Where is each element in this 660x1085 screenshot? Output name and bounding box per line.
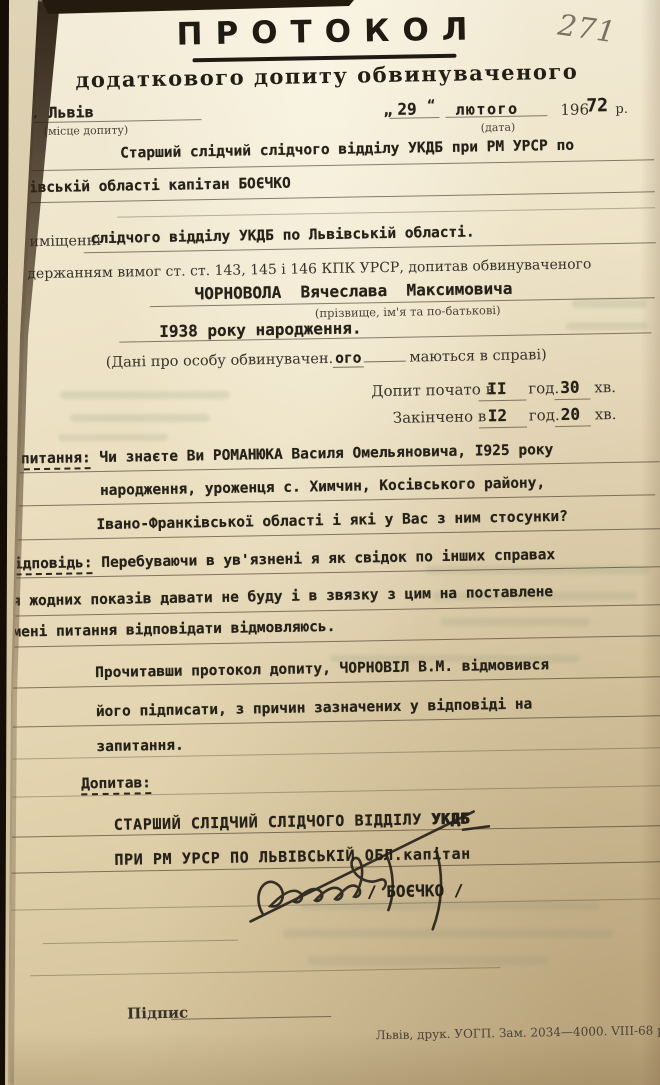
question-line: Чи знаєте Ви РОМАНЮКА Василя Омельянович… [99, 442, 553, 466]
signature-tail [431, 850, 442, 929]
question-line: Івано-Франківської області і які у Вас з… [96, 509, 568, 533]
date-day-rule [390, 117, 440, 119]
time-rule [478, 400, 526, 402]
premises-typed: слідчого відділу УКДБ по Львівській обла… [90, 224, 474, 247]
closing-line: Прочитавши протокол допиту, ЧОРНОВІЛ В.М… [95, 657, 549, 681]
text-rule [43, 940, 238, 944]
signature-ascender [386, 855, 393, 910]
time-start-min: 30 [560, 378, 580, 397]
date-close-quote: “ [427, 98, 435, 113]
answer-line: мені питання відповідати відмовляюсь. [12, 619, 335, 641]
persona-note-post: маються в справі) [405, 347, 547, 365]
date-year-printed: 196 [560, 100, 589, 118]
closing-line: його підписати, з причин зазначених у ві… [96, 697, 533, 721]
scanned-protocol-page: 271 ПРОТОКОЛ додаткового допиту обвинува… [0, 0, 660, 1085]
time-start-label: Допит почато в [371, 380, 494, 400]
persona-note-typed: ого [333, 350, 363, 368]
form-rule [12, 159, 654, 171]
time-start-hour: II [487, 379, 507, 398]
min-unit-1: хв. [594, 378, 616, 396]
hour-unit-2: год. [529, 406, 560, 425]
time-rule [554, 398, 590, 400]
place-caption: (місце допиту) [44, 123, 129, 137]
persona-note: (Дані про особу обвинувачен. ого маються… [106, 347, 547, 372]
time-rule [479, 427, 527, 429]
interrogator-label: Допитав: [81, 775, 151, 795]
time-end-min: 20 [561, 405, 581, 424]
time-end-hour: I2 [488, 406, 508, 425]
answer-line: Перебуваючи в ув'язнені я як свідок по і… [101, 547, 555, 571]
handwritten-signature [230, 794, 572, 940]
signature-field-label: Підпис [127, 1004, 188, 1023]
hour-unit-1: год. [528, 379, 559, 398]
date-day: 29 [397, 99, 417, 118]
investigator-line1: Старший слідчий слідчого відділу УКДБ пр… [120, 138, 574, 162]
text-rule [0, 494, 655, 506]
question-line: народження, уроженця с. Химчин, Косівськ… [100, 475, 545, 499]
date-suffix: р. [615, 102, 628, 117]
date-caption: (дата) [481, 121, 516, 135]
document-title: ПРОТОКОЛ [0, 8, 652, 56]
date-year-typed: 72 [586, 95, 608, 116]
time-rule [555, 425, 591, 427]
persona-note-blank [363, 361, 405, 363]
closing-line: запитання. [96, 738, 184, 756]
time-end-label: Закінчено в [393, 407, 487, 427]
text-rule [2, 566, 660, 579]
imprint: Львів, друк. УОГП. Зам. 2034—4000. VIII-… [375, 1023, 660, 1042]
answer-line: я жодних показів давати не буду і в звяз… [12, 584, 553, 609]
signature-dash [463, 826, 489, 829]
persona-note-pre: (Дані про особу обвинувачен. [106, 351, 334, 371]
date-open-quote: „ [383, 101, 392, 119]
name-caption: (прізвище, ім'я та по-батькові) [315, 303, 501, 320]
form-rule-blank [117, 207, 655, 217]
signature-field-rule [171, 1016, 331, 1020]
document-subtitle: додаткового допиту обвинуваченого [0, 57, 653, 94]
investigator-line2: Львівській області капітан БОЄЧКО [3, 176, 291, 197]
text-rule [30, 967, 500, 976]
min-unit-2: хв. [595, 405, 617, 423]
